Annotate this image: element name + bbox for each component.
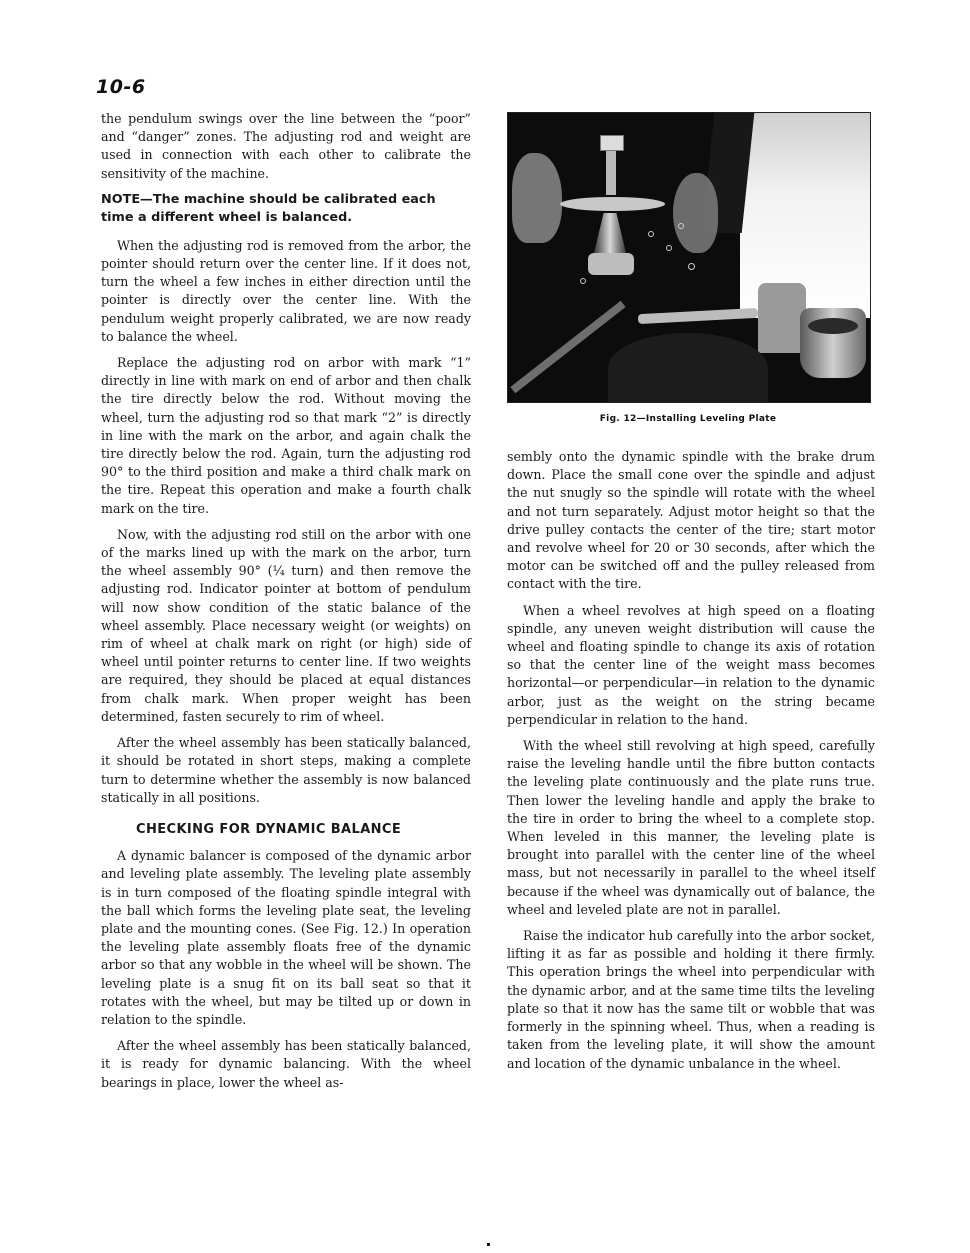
paragraph: When the adjusting rod is removed from t… (101, 237, 471, 346)
section-heading: CHECKING FOR DYNAMIC BALANCE (136, 821, 471, 839)
paragraph: A dynamic balancer is composed of the dy… (101, 847, 471, 1029)
paragraph: Now, with the adjusting rod still on the… (101, 526, 471, 726)
paragraph: With the wheel still revolving at high s… (507, 737, 875, 919)
paragraph: Replace the adjusting rod on arbor with … (101, 354, 471, 518)
calibration-note: NOTE—The machine should be calibrated ea… (101, 191, 471, 227)
left-column: the pendulum swings over the line betwee… (101, 110, 471, 1100)
paragraph: the pendulum swings over the line betwee… (101, 110, 471, 183)
scan-speck (487, 1243, 490, 1246)
paragraph: When a wheel revolves at high speed on a… (507, 602, 875, 729)
paragraph: After the wheel assembly has been static… (101, 1037, 471, 1092)
paragraph: Raise the indicator hub carefully into t… (507, 927, 875, 1073)
figure-photo (507, 112, 871, 403)
right-column: sembly onto the dynamic spindle with the… (507, 448, 875, 1081)
paragraph: sembly onto the dynamic spindle with the… (507, 448, 875, 594)
figure-caption: Fig. 12—Installing Leveling Plate (507, 414, 869, 424)
paragraph: After the wheel assembly has been static… (101, 734, 471, 807)
page-number: 10-6 (96, 76, 146, 98)
